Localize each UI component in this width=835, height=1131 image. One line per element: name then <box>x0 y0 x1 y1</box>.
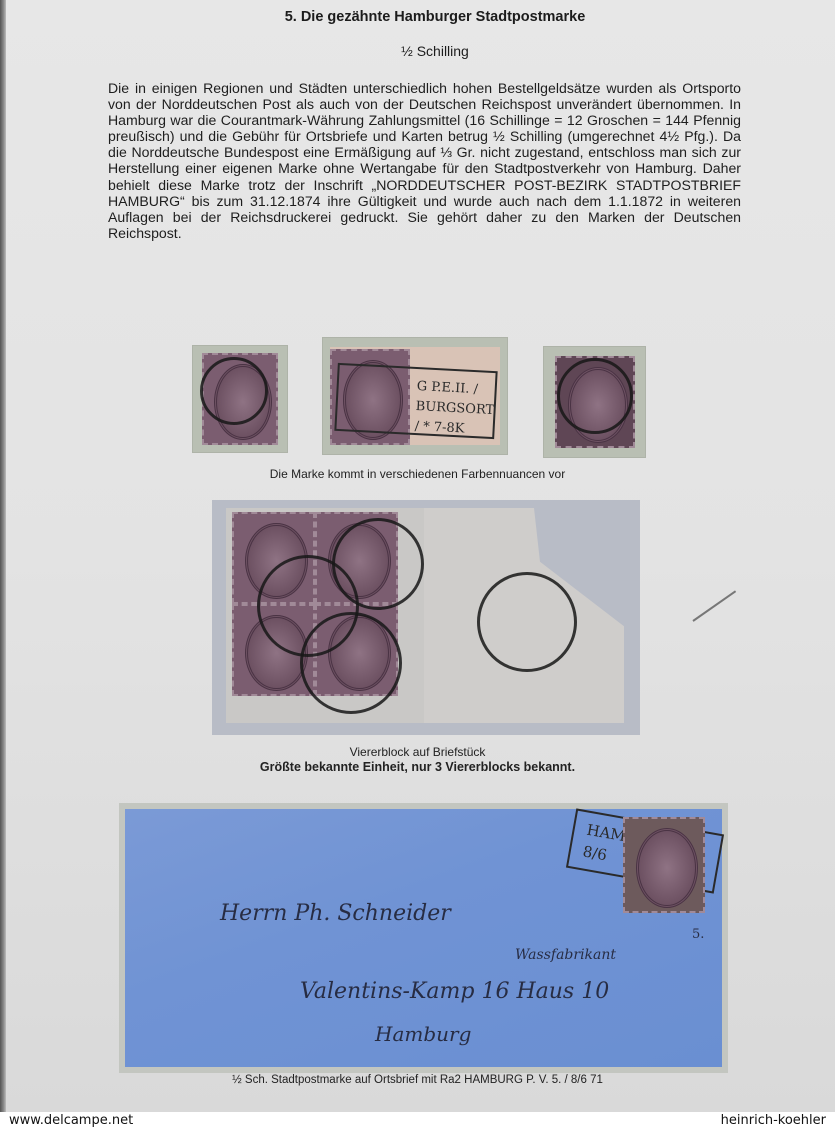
circular-postmark <box>477 572 577 672</box>
seller-name: heinrich-koehler <box>721 1113 826 1128</box>
stamp-image <box>623 817 705 913</box>
stamp-photo-1 <box>192 345 288 453</box>
block-photo <box>212 500 640 735</box>
envelope-photo: HAMBURG-P. 8/6 5. Herrn Ph. Schneider Wa… <box>125 809 722 1067</box>
album-page: 5. Die gezähnte Hamburger Stadtpostmarke… <box>0 0 835 1112</box>
address-line: Valentins-Kamp 16 Haus 10 <box>300 979 609 1004</box>
box-postmark: G P.E.II. / BURGSORT / * 7-8K <box>334 363 497 439</box>
circular-postmark <box>200 357 268 425</box>
page-subtitle: ½ Schilling <box>0 43 835 59</box>
address-line: Wassfabrikant <box>515 947 616 963</box>
side-mark: 5. <box>692 927 704 942</box>
stamps-caption: Die Marke kommt in verschiedenen Farbenn… <box>0 467 835 481</box>
block-caption: Viererblock auf Briefstück <box>0 745 835 759</box>
intro-paragraph: Die in einigen Regionen und Städten unte… <box>108 80 741 241</box>
page-title: 5. Die gezähnte Hamburger Stadtpostmarke <box>0 9 835 25</box>
block-caption-note: Größte bekannte Einheit, nur 3 Viererblo… <box>0 760 835 774</box>
address-line: Herrn Ph. Schneider <box>220 901 451 926</box>
stamp-photo-2: G P.E.II. / BURGSORT / * 7-8K <box>322 337 508 455</box>
page-binder-edge <box>0 0 6 1112</box>
envelope-caption: ½ Sch. Stadtpostmarke auf Ortsbrief mit … <box>0 1074 835 1086</box>
circular-postmark <box>557 358 633 434</box>
stamp-photo-3 <box>543 346 646 458</box>
source-site: www.delcampe.net <box>9 1113 133 1128</box>
circular-postmark <box>332 518 424 610</box>
pencil-note <box>692 590 736 621</box>
circular-postmark <box>300 612 402 714</box>
watermark-footer: www.delcampe.net heinrich-koehler <box>0 1112 835 1131</box>
address-line: Hamburg <box>375 1022 471 1046</box>
